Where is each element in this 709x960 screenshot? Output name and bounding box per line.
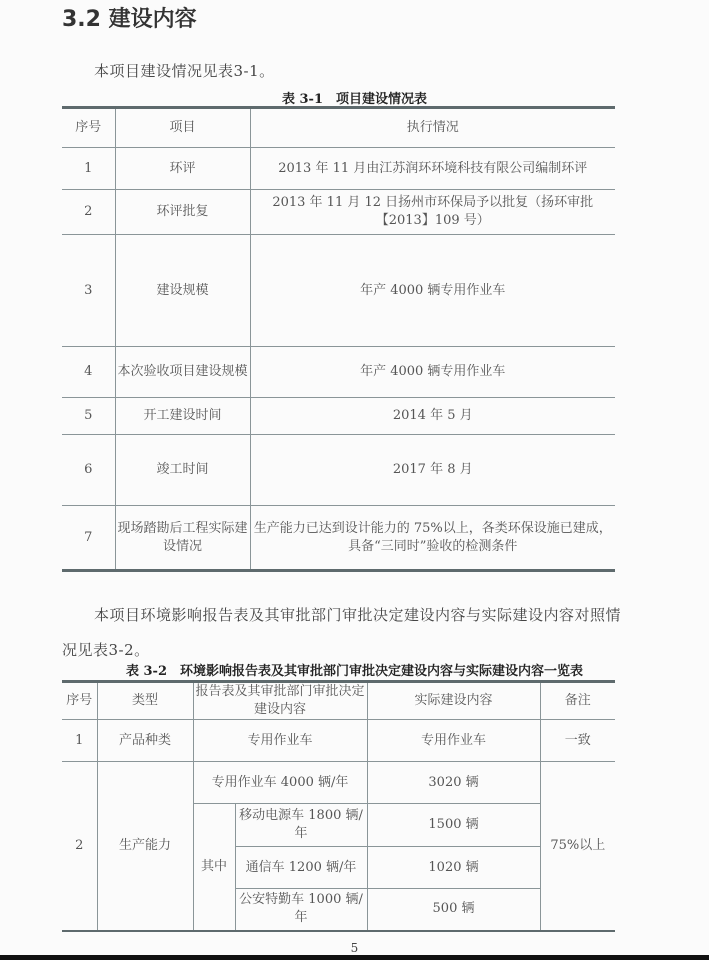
- cell-status: 年产 4000 辆专用作业车: [250, 235, 615, 347]
- cell-status: 2014 年 5 月: [250, 398, 615, 435]
- cell-approved: 通信车 1200 辆/年: [235, 847, 367, 889]
- cell-status: 年产 4000 辆专用作业车: [250, 347, 615, 398]
- cell-item: 环评批复: [115, 190, 250, 235]
- cell-status: 2013 年 11 月 12 日扬州市环保局予以批复（扬环审批【2013】109…: [250, 190, 615, 235]
- cell-no: 2: [62, 762, 97, 931]
- cell-no: 7: [62, 506, 115, 571]
- header-cell: 备注: [540, 682, 615, 720]
- cell-approved: 公安特勤车 1000 辆/年: [235, 889, 367, 931]
- cell-item: 本次验收项目建设规模: [115, 347, 250, 398]
- table-row: 2 环评批复 2013 年 11 月 12 日扬州市环保局予以批复（扬环审批【2…: [62, 190, 615, 235]
- cell-no: 2: [62, 190, 115, 235]
- header-cell: 序号: [62, 682, 97, 720]
- page-number: 5: [0, 941, 709, 955]
- cell-actual: 1020 辆: [367, 847, 540, 889]
- table-row: 3 建设规模 年产 4000 辆专用作业车: [62, 235, 615, 347]
- cell-note: 一致: [540, 720, 615, 762]
- cell-type: 生产能力: [97, 762, 193, 931]
- cell-approved: 专用作业车 4000 辆/年: [193, 762, 367, 804]
- cell-item: 建设规模: [115, 235, 250, 347]
- table-comparison: 序号 类型 报告表及其审批部门审批决定建设内容 实际建设内容 备注 1 产品种类…: [62, 680, 615, 932]
- header-cell: 序号: [62, 108, 115, 148]
- header-cell: 执行情况: [250, 108, 615, 148]
- header-cell: 类型: [97, 682, 193, 720]
- cell-sub-label: 其中: [193, 804, 235, 931]
- cell-no: 4: [62, 347, 115, 398]
- cell-approved: 移动电源车 1800 辆/年: [235, 804, 367, 847]
- table-project-status: 序号 项目 执行情况 1 环评 2013 年 11 月由江苏润环环境科技有限公司…: [62, 106, 615, 572]
- table-row: 7 现场踏勘后工程实际建设情况 生产能力已达到设计能力的 75%以上，各类环保设…: [62, 506, 615, 571]
- cell-item: 开工建设时间: [115, 398, 250, 435]
- table-row: 4 本次验收项目建设规模 年产 4000 辆专用作业车: [62, 347, 615, 398]
- cell-no: 3: [62, 235, 115, 347]
- table-row: 6 竣工时间 2017 年 8 月: [62, 435, 615, 506]
- cell-type: 产品种类: [97, 720, 193, 762]
- table-row: 2 生产能力 专用作业车 4000 辆/年 3020 辆 75%以上: [62, 762, 615, 804]
- cell-no: 1: [62, 148, 115, 190]
- cell-no: 1: [62, 720, 97, 762]
- cell-status: 2013 年 11 月由江苏润环环境科技有限公司编制环评: [250, 148, 615, 190]
- cell-item: 环评: [115, 148, 250, 190]
- bottom-edge: [0, 955, 709, 960]
- cell-approved: 专用作业车: [193, 720, 367, 762]
- table-row: 5 开工建设时间 2014 年 5 月: [62, 398, 615, 435]
- table-header-row: 序号 类型 报告表及其审批部门审批决定建设内容 实际建设内容 备注: [62, 682, 615, 720]
- cell-actual: 1500 辆: [367, 804, 540, 847]
- cell-note: 75%以上: [540, 762, 615, 931]
- cell-no: 5: [62, 398, 115, 435]
- cell-actual: 500 辆: [367, 889, 540, 931]
- table-header-row: 序号 项目 执行情况: [62, 108, 615, 148]
- table-row: 1 产品种类 专用作业车 专用作业车 一致: [62, 720, 615, 762]
- cell-item: 竣工时间: [115, 435, 250, 506]
- cell-actual: 专用作业车: [367, 720, 540, 762]
- table-row: 1 环评 2013 年 11 月由江苏润环环境科技有限公司编制环评: [62, 148, 615, 190]
- header-cell: 报告表及其审批部门审批决定建设内容: [193, 682, 367, 720]
- table1-caption: 表 3-1 项目建设情况表: [0, 88, 709, 107]
- table2-caption: 表 3-2 环境影响报告表及其审批部门审批决定建设内容与实际建设内容一览表: [0, 660, 709, 679]
- second-paragraph: 本项目环境影响报告表及其审批部门审批决定建设内容与实际建设内容对照情况见表3-2…: [62, 598, 622, 668]
- cell-status: 2017 年 8 月: [250, 435, 615, 506]
- section-heading: 3.2 建设内容: [62, 2, 197, 33]
- cell-no: 6: [62, 435, 115, 506]
- header-cell: 实际建设内容: [367, 682, 540, 720]
- cell-status: 生产能力已达到设计能力的 75%以上，各类环保设施已建成，具备“三同时”验收的检…: [250, 506, 615, 571]
- header-cell: 项目: [115, 108, 250, 148]
- cell-actual: 3020 辆: [367, 762, 540, 804]
- cell-item: 现场踏勘后工程实际建设情况: [115, 506, 250, 571]
- intro-paragraph: 本项目建设情况见表3-1。: [94, 60, 275, 81]
